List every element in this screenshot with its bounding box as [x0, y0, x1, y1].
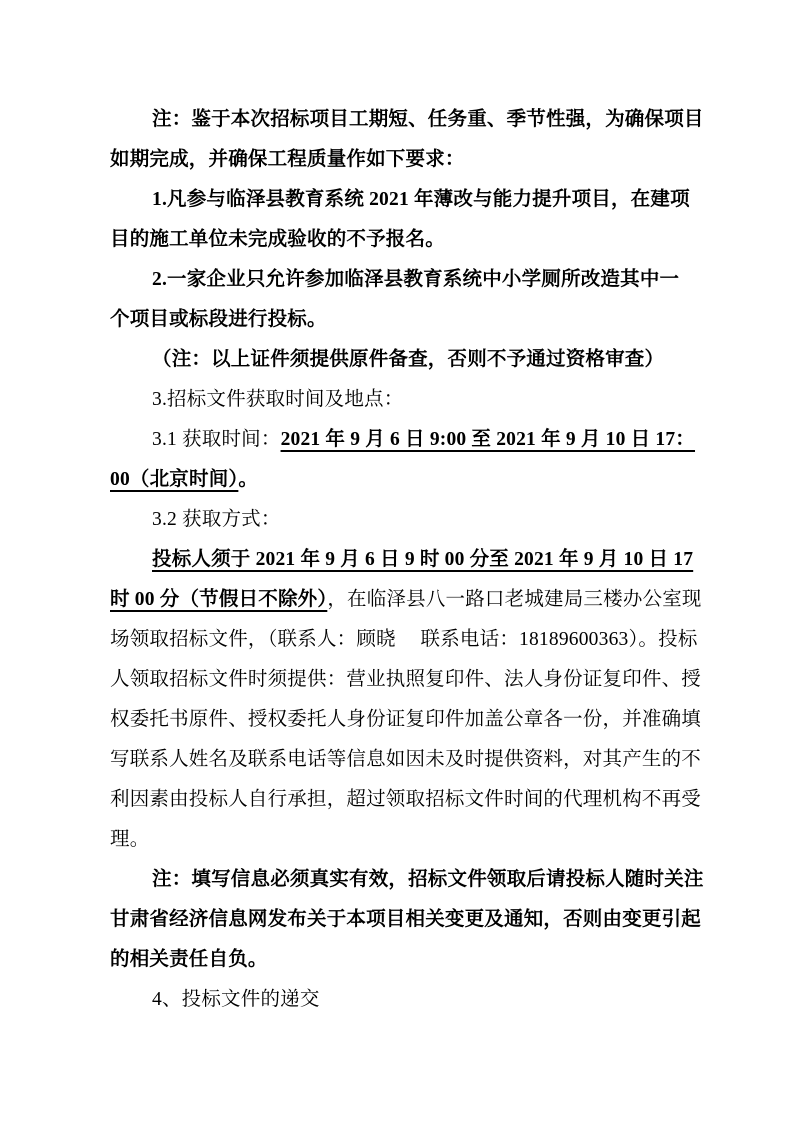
body-text: ，在临泽县八一路口老城建局三楼办公室现	[327, 589, 701, 610]
text-line: 目的施工单位未完成验收的不予报名。	[110, 220, 688, 260]
text-line: 2.一家企业只允许参加临泽县教育系统中小学厕所改造其中一	[110, 260, 688, 300]
text-line: 00（北京时间）。	[110, 460, 688, 500]
bold-text: 如期完成，并确保工程质量作如下要求：	[110, 149, 465, 170]
body-text: 写联系人姓名及联系电话等信息如因未及时提供资料，对其产生的不	[110, 749, 701, 770]
text-line: 写联系人姓名及联系电话等信息如因未及时提供资料，对其产生的不	[110, 740, 688, 780]
bold-text: 目的施工单位未完成验收的不予报名。	[110, 229, 445, 250]
body-text: 理。	[110, 829, 149, 850]
body-text: 3.招标文件获取时间及地点：	[152, 389, 403, 410]
section-4-heading: 4、投标文件的递交	[110, 980, 688, 1020]
document-page: 注：鉴于本次招标项目工期短、任务重、季节性强，为确保项目如期完成，并确保工程质量…	[0, 0, 793, 1122]
body-text: 场领取招标文件，（联系人：顾晓 联系电话：18189600363）。投标	[110, 629, 698, 650]
text-line: 人领取招标文件时须提供：营业执照复印件、法人身份证复印件、授	[110, 660, 688, 700]
body-text: 人领取招标文件时须提供：营业执照复印件、法人身份证复印件、授	[110, 669, 701, 690]
text-line: 注：填写信息必须真实有效，招标文件领取后请投标人随时关注	[110, 860, 688, 900]
text-line: 个项目或标段进行投标。	[110, 300, 688, 340]
bold-text: 甘肃省经济信息网发布关于本项目相关变更及通知，否则由变更引起	[110, 909, 701, 930]
document-body: 注：鉴于本次招标项目工期短、任务重、季节性强，为确保项目如期完成，并确保工程质量…	[110, 100, 688, 1020]
body-text: 权委托书原件、授权委托人身份证复印件加盖公章各一份，并准确填	[110, 709, 701, 730]
requirement-item-2: 2.一家企业只允许参加临泽县教育系统中小学厕所改造其中一个项目或标段进行投标。	[110, 260, 688, 340]
body-text: 利因素由投标人自行承担，超过领取招标文件时间的代理机构不再受	[110, 789, 701, 810]
text-line: 4、投标文件的递交	[110, 980, 688, 1020]
text-line: 投标人须于 2021 年 9 月 6 日 9 时 00 分至 2021 年 9 …	[110, 540, 688, 580]
section-3-heading: 3.招标文件获取时间及地点：	[110, 380, 688, 420]
bold-text: 注：填写信息必须真实有效，招标文件领取后请投标人随时关注	[152, 869, 704, 890]
text-line: 3.招标文件获取时间及地点：	[110, 380, 688, 420]
text-line: 如期完成，并确保工程质量作如下要求：	[110, 140, 688, 180]
bold-text: 的相关责任自负。	[110, 949, 268, 970]
body-text: 4、投标文件的递交	[152, 989, 320, 1010]
text-line: 3.2 获取方式：	[110, 500, 688, 540]
requirement-item-1: 1.凡参与临泽县教育系统 2021 年薄改与能力提升项目，在建项目的施工单位未完…	[110, 180, 688, 260]
bold-text: 个项目或标段进行投标。	[110, 309, 327, 330]
bold-text: 2.一家企业只允许参加临泽县教育系统中小学厕所改造其中一	[152, 269, 679, 290]
text-line: 1.凡参与临泽县教育系统 2021 年薄改与能力提升项目，在建项	[110, 180, 688, 220]
note-certificates-original: （注：以上证件须提供原件备查，否则不予通过资格审查）	[110, 340, 688, 380]
text-line: 理。	[110, 820, 688, 860]
text-line: 利因素由投标人自行承担，超过领取招标文件时间的代理机构不再受	[110, 780, 688, 820]
underlined-text: 00（北京时间）	[110, 469, 238, 490]
text-line: （注：以上证件须提供原件备查，否则不予通过资格审查）	[110, 340, 688, 380]
note-project-requirements: 注：鉴于本次招标项目工期短、任务重、季节性强，为确保项目如期完成，并确保工程质量…	[110, 100, 688, 180]
bold-text: 。	[238, 469, 258, 490]
underlined-text: 时 00 分（节假日不除外）	[110, 589, 327, 610]
body-text: 3.1 获取时间：	[152, 429, 281, 450]
section-3-1-acquisition-time: 3.1 获取时间：2021 年 9 月 6 日 9:00 至 2021 年 9 …	[110, 420, 688, 500]
text-line: 甘肃省经济信息网发布关于本项目相关变更及通知，否则由变更引起	[110, 900, 688, 940]
text-line: 的相关责任自负。	[110, 940, 688, 980]
text-line: 权委托书原件、授权委托人身份证复印件加盖公章各一份，并准确填	[110, 700, 688, 740]
body-text: 3.2 获取方式：	[152, 509, 281, 530]
bold-text: 1.凡参与临泽县教育系统 2021 年薄改与能力提升项目，在建项	[152, 189, 690, 210]
note-info-validity: 注：填写信息必须真实有效，招标文件领取后请投标人随时关注甘肃省经济信息网发布关于…	[110, 860, 688, 980]
text-line: 3.1 获取时间：2021 年 9 月 6 日 9:00 至 2021 年 9 …	[110, 420, 688, 460]
acquisition-details: 投标人须于 2021 年 9 月 6 日 9 时 00 分至 2021 年 9 …	[110, 540, 688, 860]
text-line: 时 00 分（节假日不除外），在临泽县八一路口老城建局三楼办公室现	[110, 580, 688, 620]
text-line: 场领取招标文件，（联系人：顾晓 联系电话：18189600363）。投标	[110, 620, 688, 660]
underlined-text: 2021 年 9 月 6 日 9:00 至 2021 年 9 月 10 日 17…	[281, 429, 695, 450]
text-line: 注：鉴于本次招标项目工期短、任务重、季节性强，为确保项目	[110, 100, 688, 140]
underlined-text: 投标人须于 2021 年 9 月 6 日 9 时 00 分至 2021 年 9 …	[152, 549, 693, 570]
bold-text: （注：以上证件须提供原件备查，否则不予通过资格审查）	[152, 349, 664, 370]
section-3-2-acquisition-method: 3.2 获取方式：	[110, 500, 688, 540]
bold-text: 注：鉴于本次招标项目工期短、任务重、季节性强，为确保项目	[152, 109, 704, 130]
